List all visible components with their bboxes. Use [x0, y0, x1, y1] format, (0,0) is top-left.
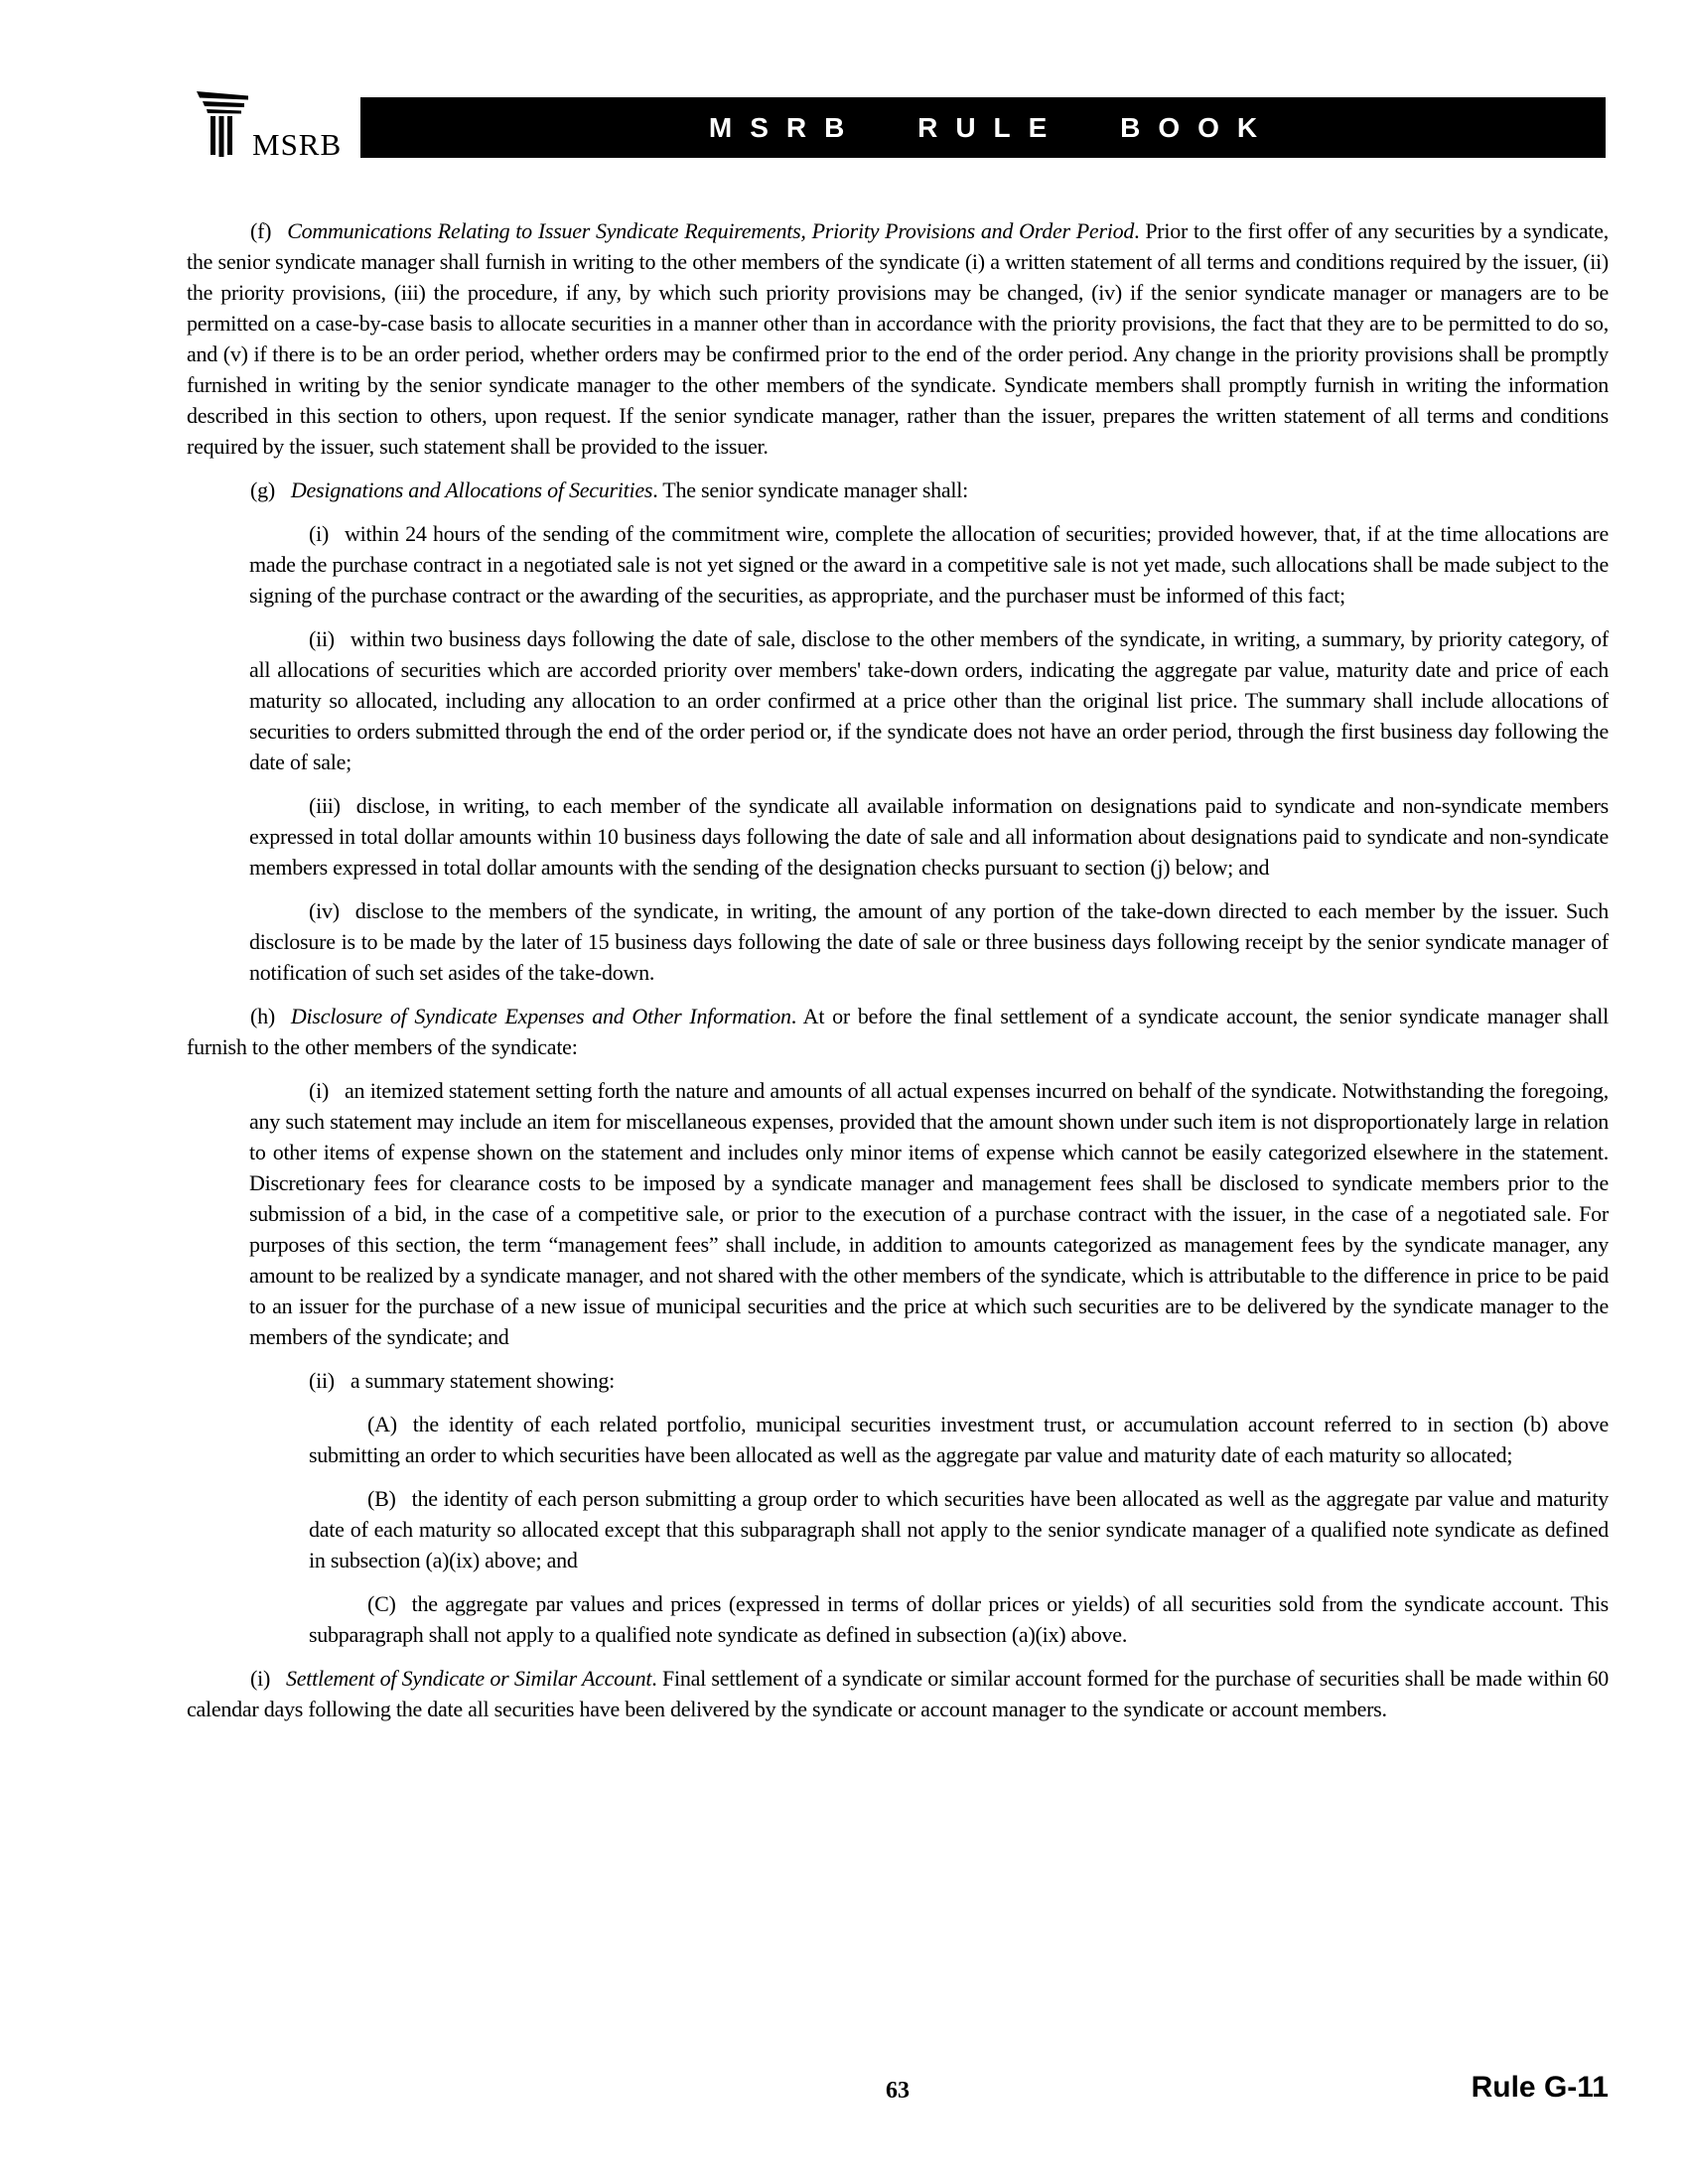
paragraph-text: within two business days following the d…	[249, 626, 1609, 774]
header-banner: MSRB RULE BOOK	[360, 97, 1606, 158]
paragraph-heading: Communications Relating to Issuer Syndic…	[287, 218, 1134, 243]
paragraph-marker: (i)	[250, 1666, 270, 1691]
paragraph-g: (g)Designations and Allocations of Secur…	[187, 475, 1609, 505]
paragraph-g-iii: (iii)disclose, in writing, to each membe…	[249, 790, 1609, 883]
paragraph-heading: Designations and Allocations of Securiti…	[291, 478, 652, 502]
column-icon	[197, 91, 248, 157]
paragraph-text: . Prior to the first offer of any securi…	[187, 218, 1609, 459]
paragraph-f: (f)Communications Relating to Issuer Syn…	[187, 215, 1609, 462]
paragraph-marker: (ii)	[309, 1368, 335, 1393]
paragraph-marker: (i)	[309, 521, 329, 546]
paragraph-marker: (A)	[367, 1412, 397, 1436]
paragraph-marker: (iv)	[309, 898, 340, 923]
paragraph-text: within 24 hours of the sending of the co…	[249, 521, 1609, 608]
paragraph-heading: Disclosure of Syndicate Expenses and Oth…	[291, 1004, 791, 1028]
paragraph-h-ii-B: (B)the identity of each person submittin…	[309, 1483, 1609, 1575]
paragraph-marker: (f)	[250, 218, 271, 243]
paragraph-text: a summary statement showing:	[351, 1368, 615, 1393]
paragraph-heading: Settlement of Syndicate or Similar Accou…	[286, 1666, 651, 1691]
logo-text: MSRB	[252, 132, 342, 157]
paragraph-marker: (h)	[250, 1004, 275, 1028]
paragraph-marker: (ii)	[309, 626, 335, 651]
paragraph-text: an itemized statement setting forth the …	[249, 1078, 1609, 1349]
paragraph-i: (i)Settlement of Syndicate or Similar Ac…	[187, 1663, 1609, 1724]
paragraph-h-ii: (ii)a summary statement showing:	[249, 1365, 1609, 1396]
paragraph-marker: (i)	[309, 1078, 329, 1103]
paragraph-text: the aggregate par values and prices (exp…	[309, 1591, 1609, 1647]
paragraph-g-ii: (ii)within two business days following t…	[249, 623, 1609, 777]
paragraph-text: the identity of each person submitting a…	[309, 1486, 1609, 1572]
paragraph-marker: (B)	[367, 1486, 396, 1511]
paragraph-h-ii-C: (C)the aggregate par values and prices (…	[309, 1588, 1609, 1650]
paragraph-h-ii-A: (A)the identity of each related portfoli…	[309, 1409, 1609, 1470]
msrb-logo: MSRB	[197, 91, 342, 157]
banner-title: MSRB RULE BOOK	[691, 112, 1275, 144]
document-page: MSRB MSRB RULE BOOK (f)Communications Re…	[0, 0, 1688, 2184]
paragraph-g-i: (i)within 24 hours of the sending of the…	[249, 518, 1609, 611]
paragraph-text: disclose, in writing, to each member of …	[249, 793, 1609, 880]
paragraph-text: disclose to the members of the syndicate…	[249, 898, 1609, 985]
paragraph-text: . The senior syndicate manager shall:	[652, 478, 968, 502]
document-body: (f)Communications Relating to Issuer Syn…	[187, 215, 1609, 1724]
paragraph-marker: (C)	[367, 1591, 396, 1616]
paragraph-marker: (g)	[250, 478, 275, 502]
paragraph-h: (h)Disclosure of Syndicate Expenses and …	[187, 1001, 1609, 1062]
rule-label: Rule G-11	[1472, 2073, 1609, 2103]
page-number: 63	[187, 2079, 1609, 2103]
paragraph-h-i: (i)an itemized statement setting forth t…	[249, 1075, 1609, 1352]
paragraph-marker: (iii)	[309, 793, 341, 818]
paragraph-text: the identity of each related portfolio, …	[309, 1412, 1609, 1467]
paragraph-g-iv: (iv)disclose to the members of the syndi…	[249, 895, 1609, 988]
